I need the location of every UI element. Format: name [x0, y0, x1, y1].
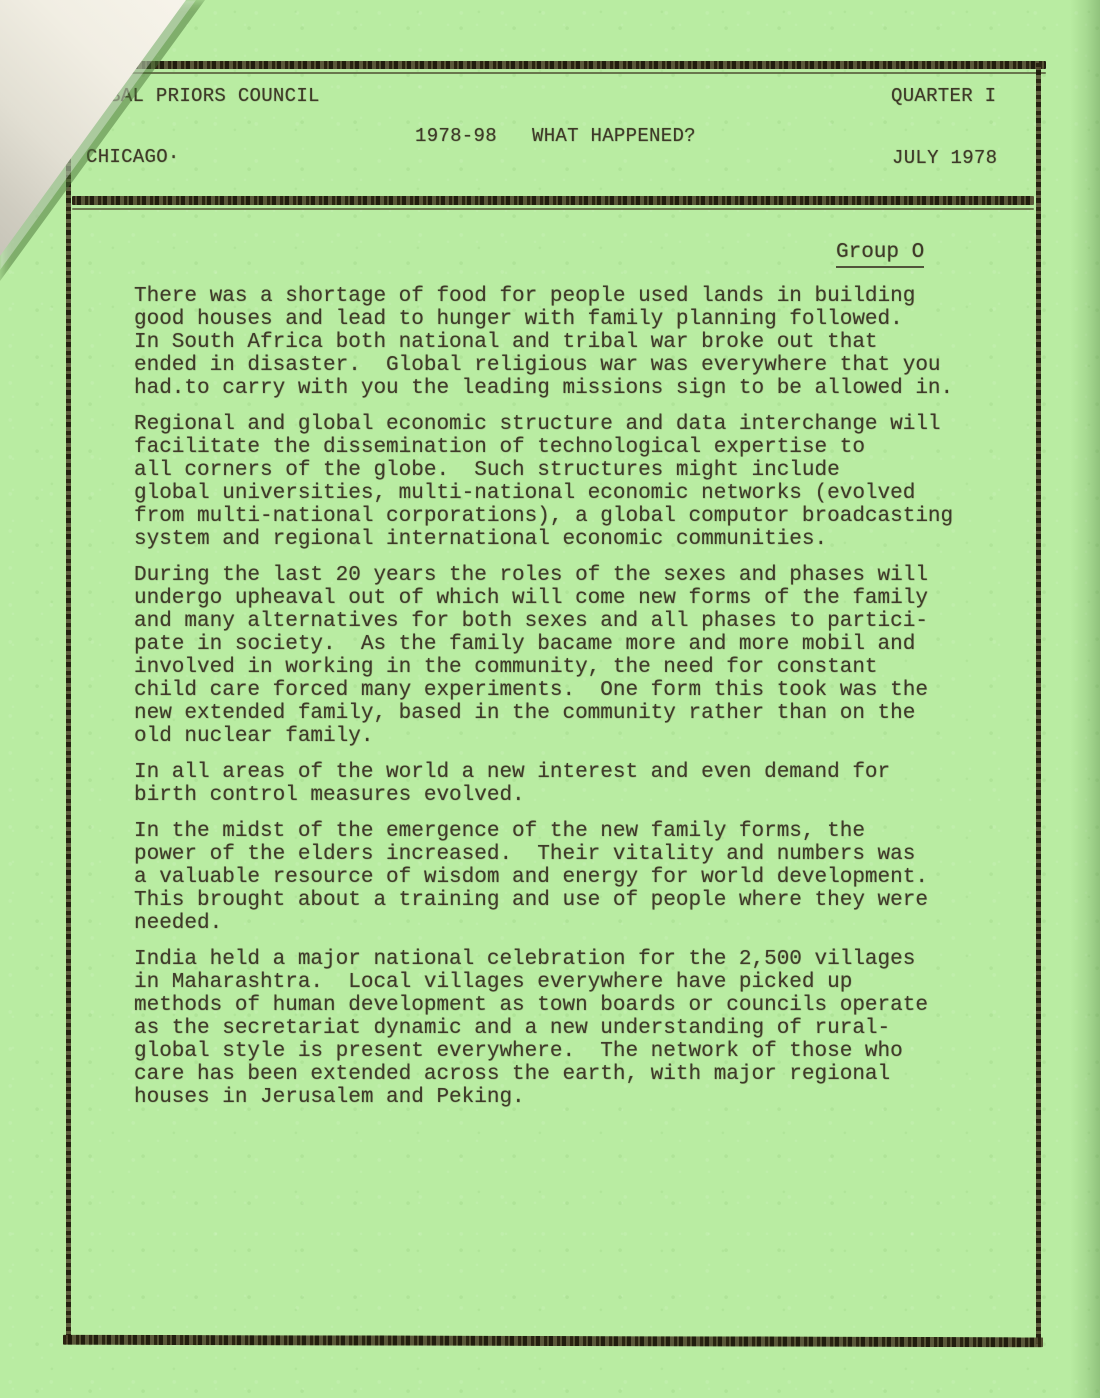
paragraph-4: In all areas of the world a new interest…	[134, 761, 1014, 807]
group-heading: Group O	[836, 241, 924, 268]
border-left-rule	[66, 63, 71, 1344]
header-divider-thin-rule	[72, 208, 1034, 210]
city-label: CHICAGO·	[86, 147, 180, 167]
border-bottom-rule	[63, 1335, 1043, 1348]
paragraph-5: In the midst of the emergence of the new…	[134, 820, 1014, 935]
border-right-rule	[1036, 63, 1041, 1344]
scanned-newsletter-page: GLOBAL PRIORS COUNCIL QUARTER I 1978-98 …	[0, 0, 1100, 1398]
scan-edge-shade	[1070, 0, 1100, 1398]
paragraph-6: India held a major national celebration …	[134, 948, 1014, 1109]
body-text: There was a shortage of food for people …	[134, 285, 1014, 1122]
header-divider-rule	[72, 196, 1034, 205]
paragraph-3: During the last 20 years the roles of th…	[134, 564, 1014, 748]
folded-corner	[0, 0, 220, 290]
issue-date-label: JULY 1978	[892, 148, 997, 168]
border-top-thin-rule	[64, 72, 1046, 74]
paragraph-1: There was a shortage of food for people …	[134, 285, 1014, 400]
paragraph-2: Regional and global economic structure a…	[134, 413, 1014, 551]
quarter-label: QUARTER I	[891, 86, 996, 106]
document-title: 1978-98 WHAT HAPPENED?	[415, 126, 696, 146]
border-top-rule	[64, 61, 1046, 69]
